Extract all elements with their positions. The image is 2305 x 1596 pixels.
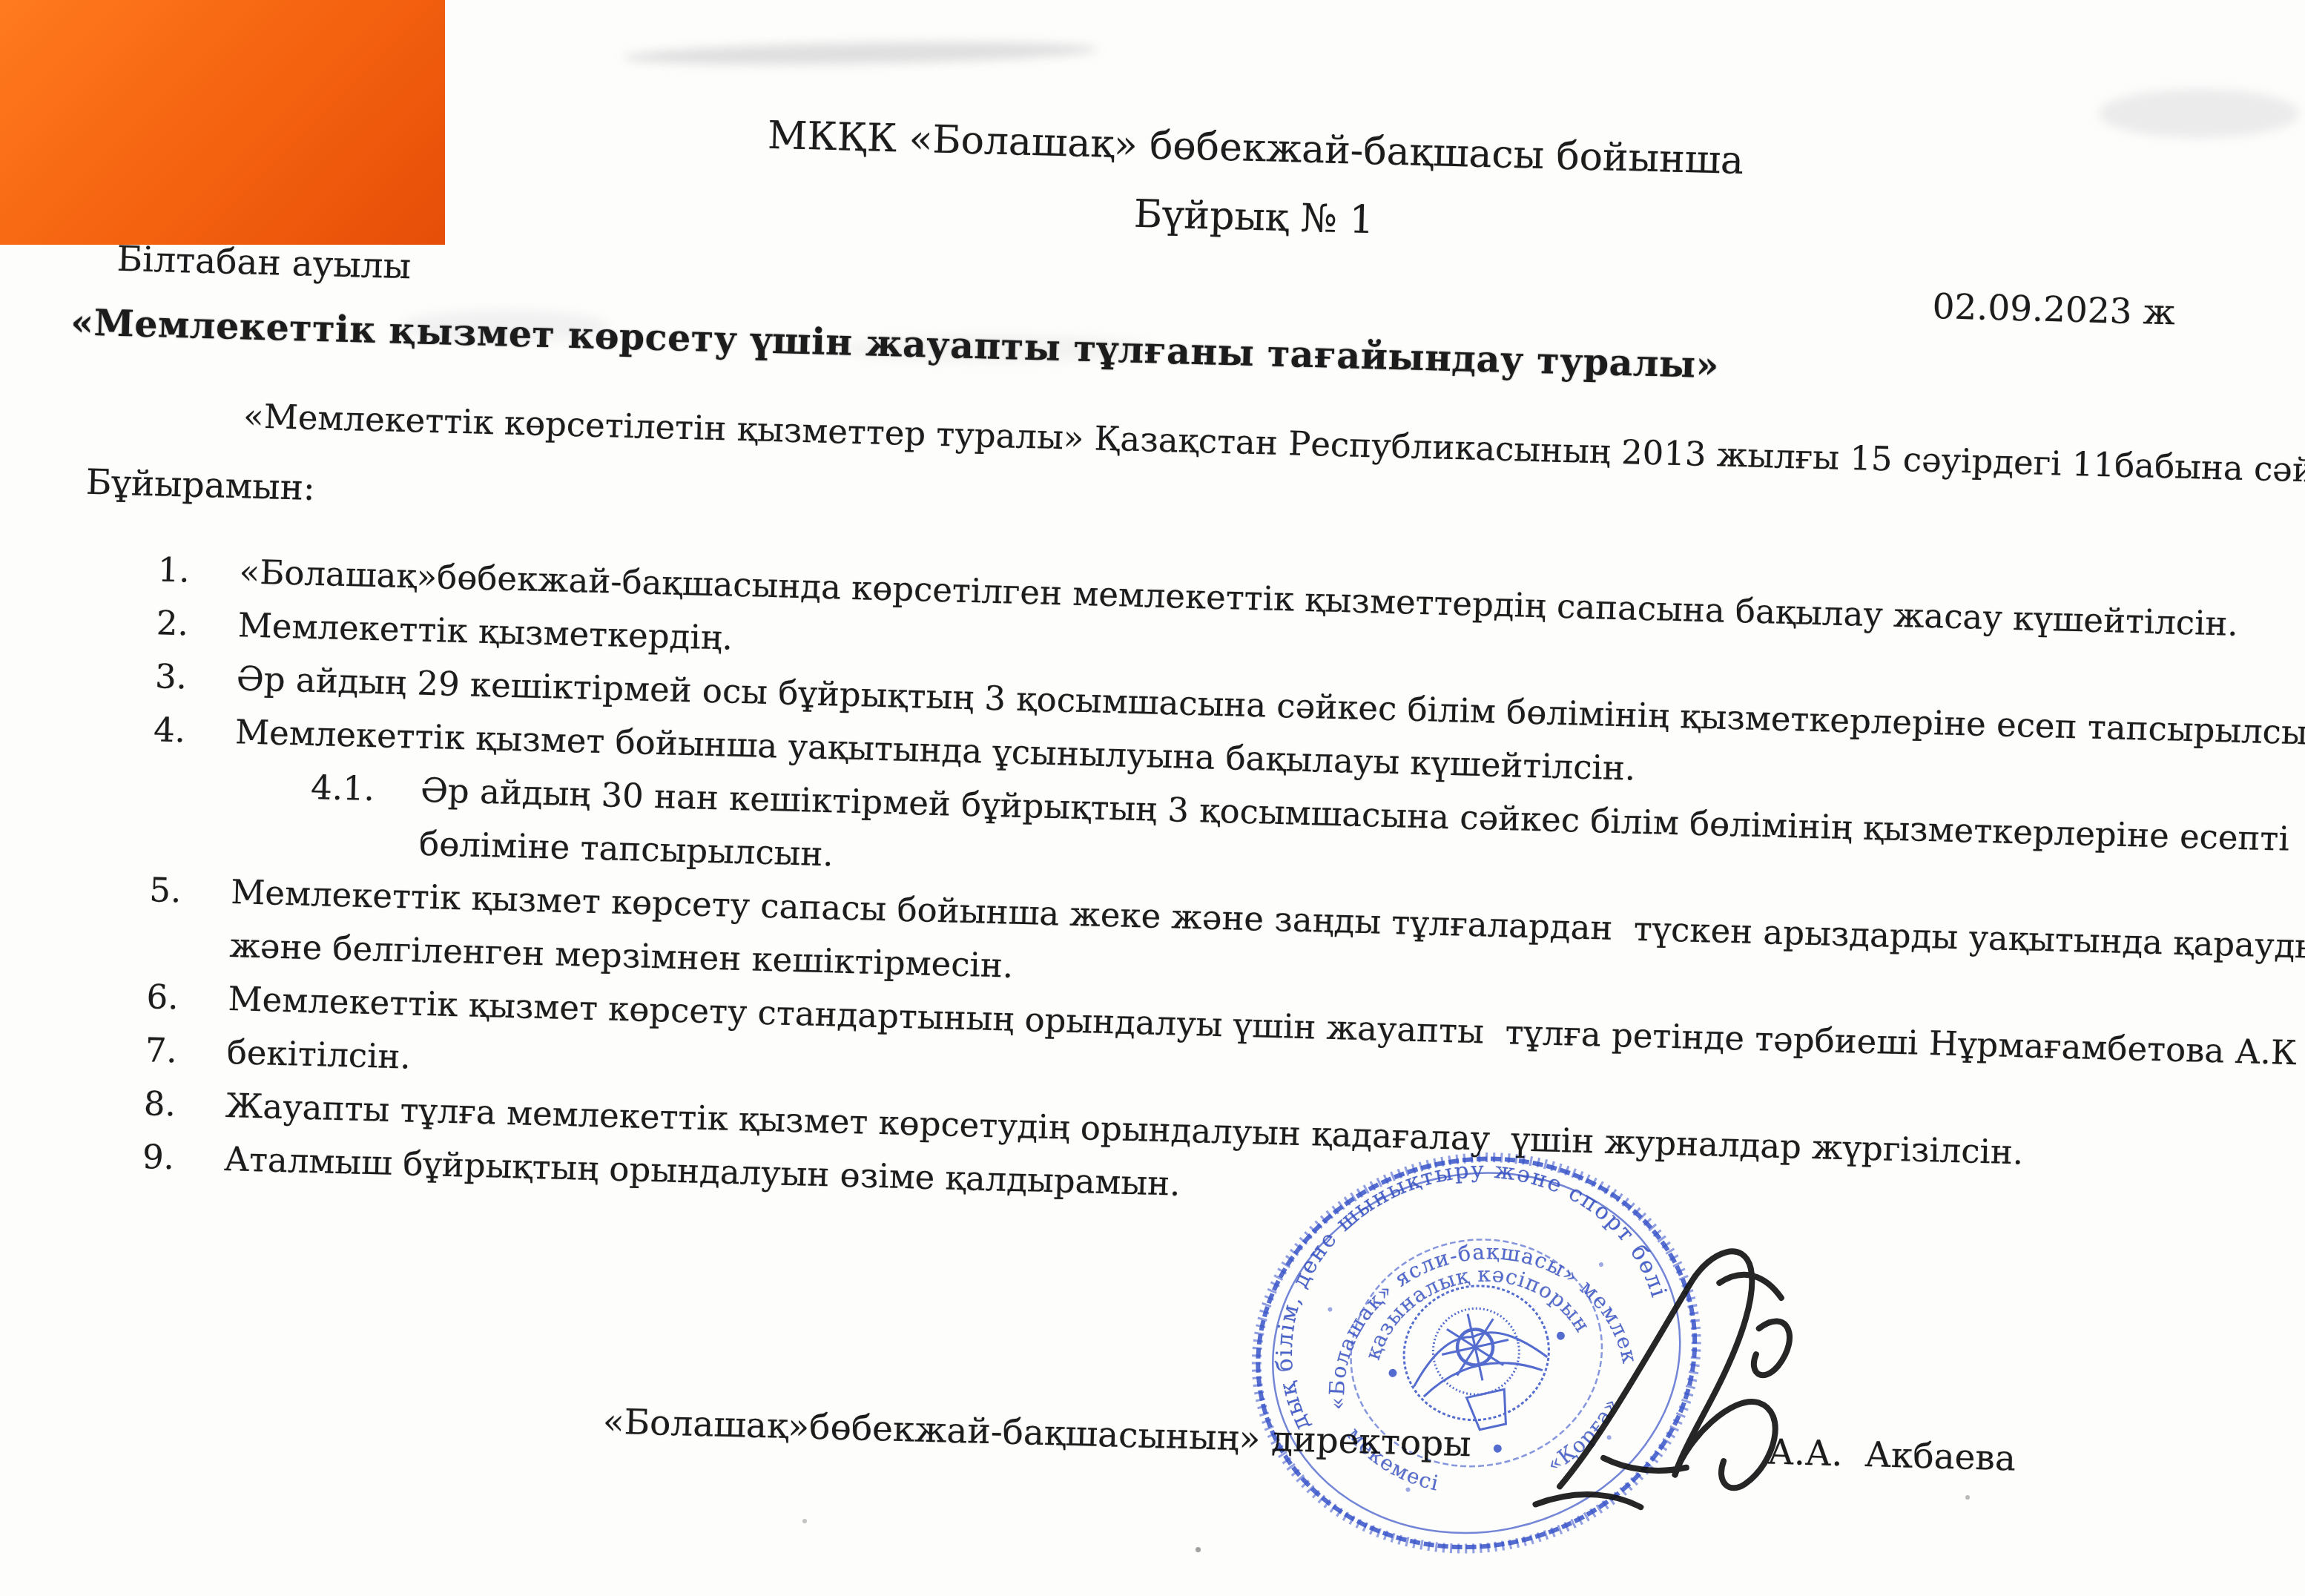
item-number: 6.: [146, 970, 229, 1026]
scan-smudge: [623, 39, 1098, 67]
item-number: 1.: [157, 543, 240, 598]
item-number: 8.: [143, 1077, 226, 1132]
scan-speck: [1196, 1547, 1201, 1552]
scanned-document-photo: МКҚК «Болашақ» бөбекжай-бақшасы бойынша …: [0, 0, 2305, 1596]
item-number: 3.: [154, 650, 237, 705]
item-number: 4.: [153, 703, 236, 759]
item-number: 7.: [145, 1023, 228, 1079]
order-date: 02.09.2023 ж: [1932, 283, 2176, 337]
item-number: 5.: [148, 863, 232, 972]
item-number: 9.: [142, 1130, 225, 1186]
handwritten-signature: [1490, 1209, 1817, 1543]
item-number: 2.: [156, 596, 239, 652]
scan-speck: [1965, 1495, 1970, 1500]
order-document: МКҚК «Болашақ» бөбекжай-бақшасы бойынша …: [61, 82, 2291, 1491]
order-items-list: 1. «Болашақ»бөбекжай-бақшасында көрсетіл…: [67, 541, 2279, 1239]
place-name: Білтабан ауылы: [91, 238, 412, 287]
item-number: 4.1.: [309, 761, 421, 871]
scan-smudge: [2099, 89, 2299, 138]
scan-speck: [802, 1519, 807, 1523]
signature-row: «Болашақ»бөбекжай-бақшасының» директоры …: [61, 1382, 2257, 1491]
